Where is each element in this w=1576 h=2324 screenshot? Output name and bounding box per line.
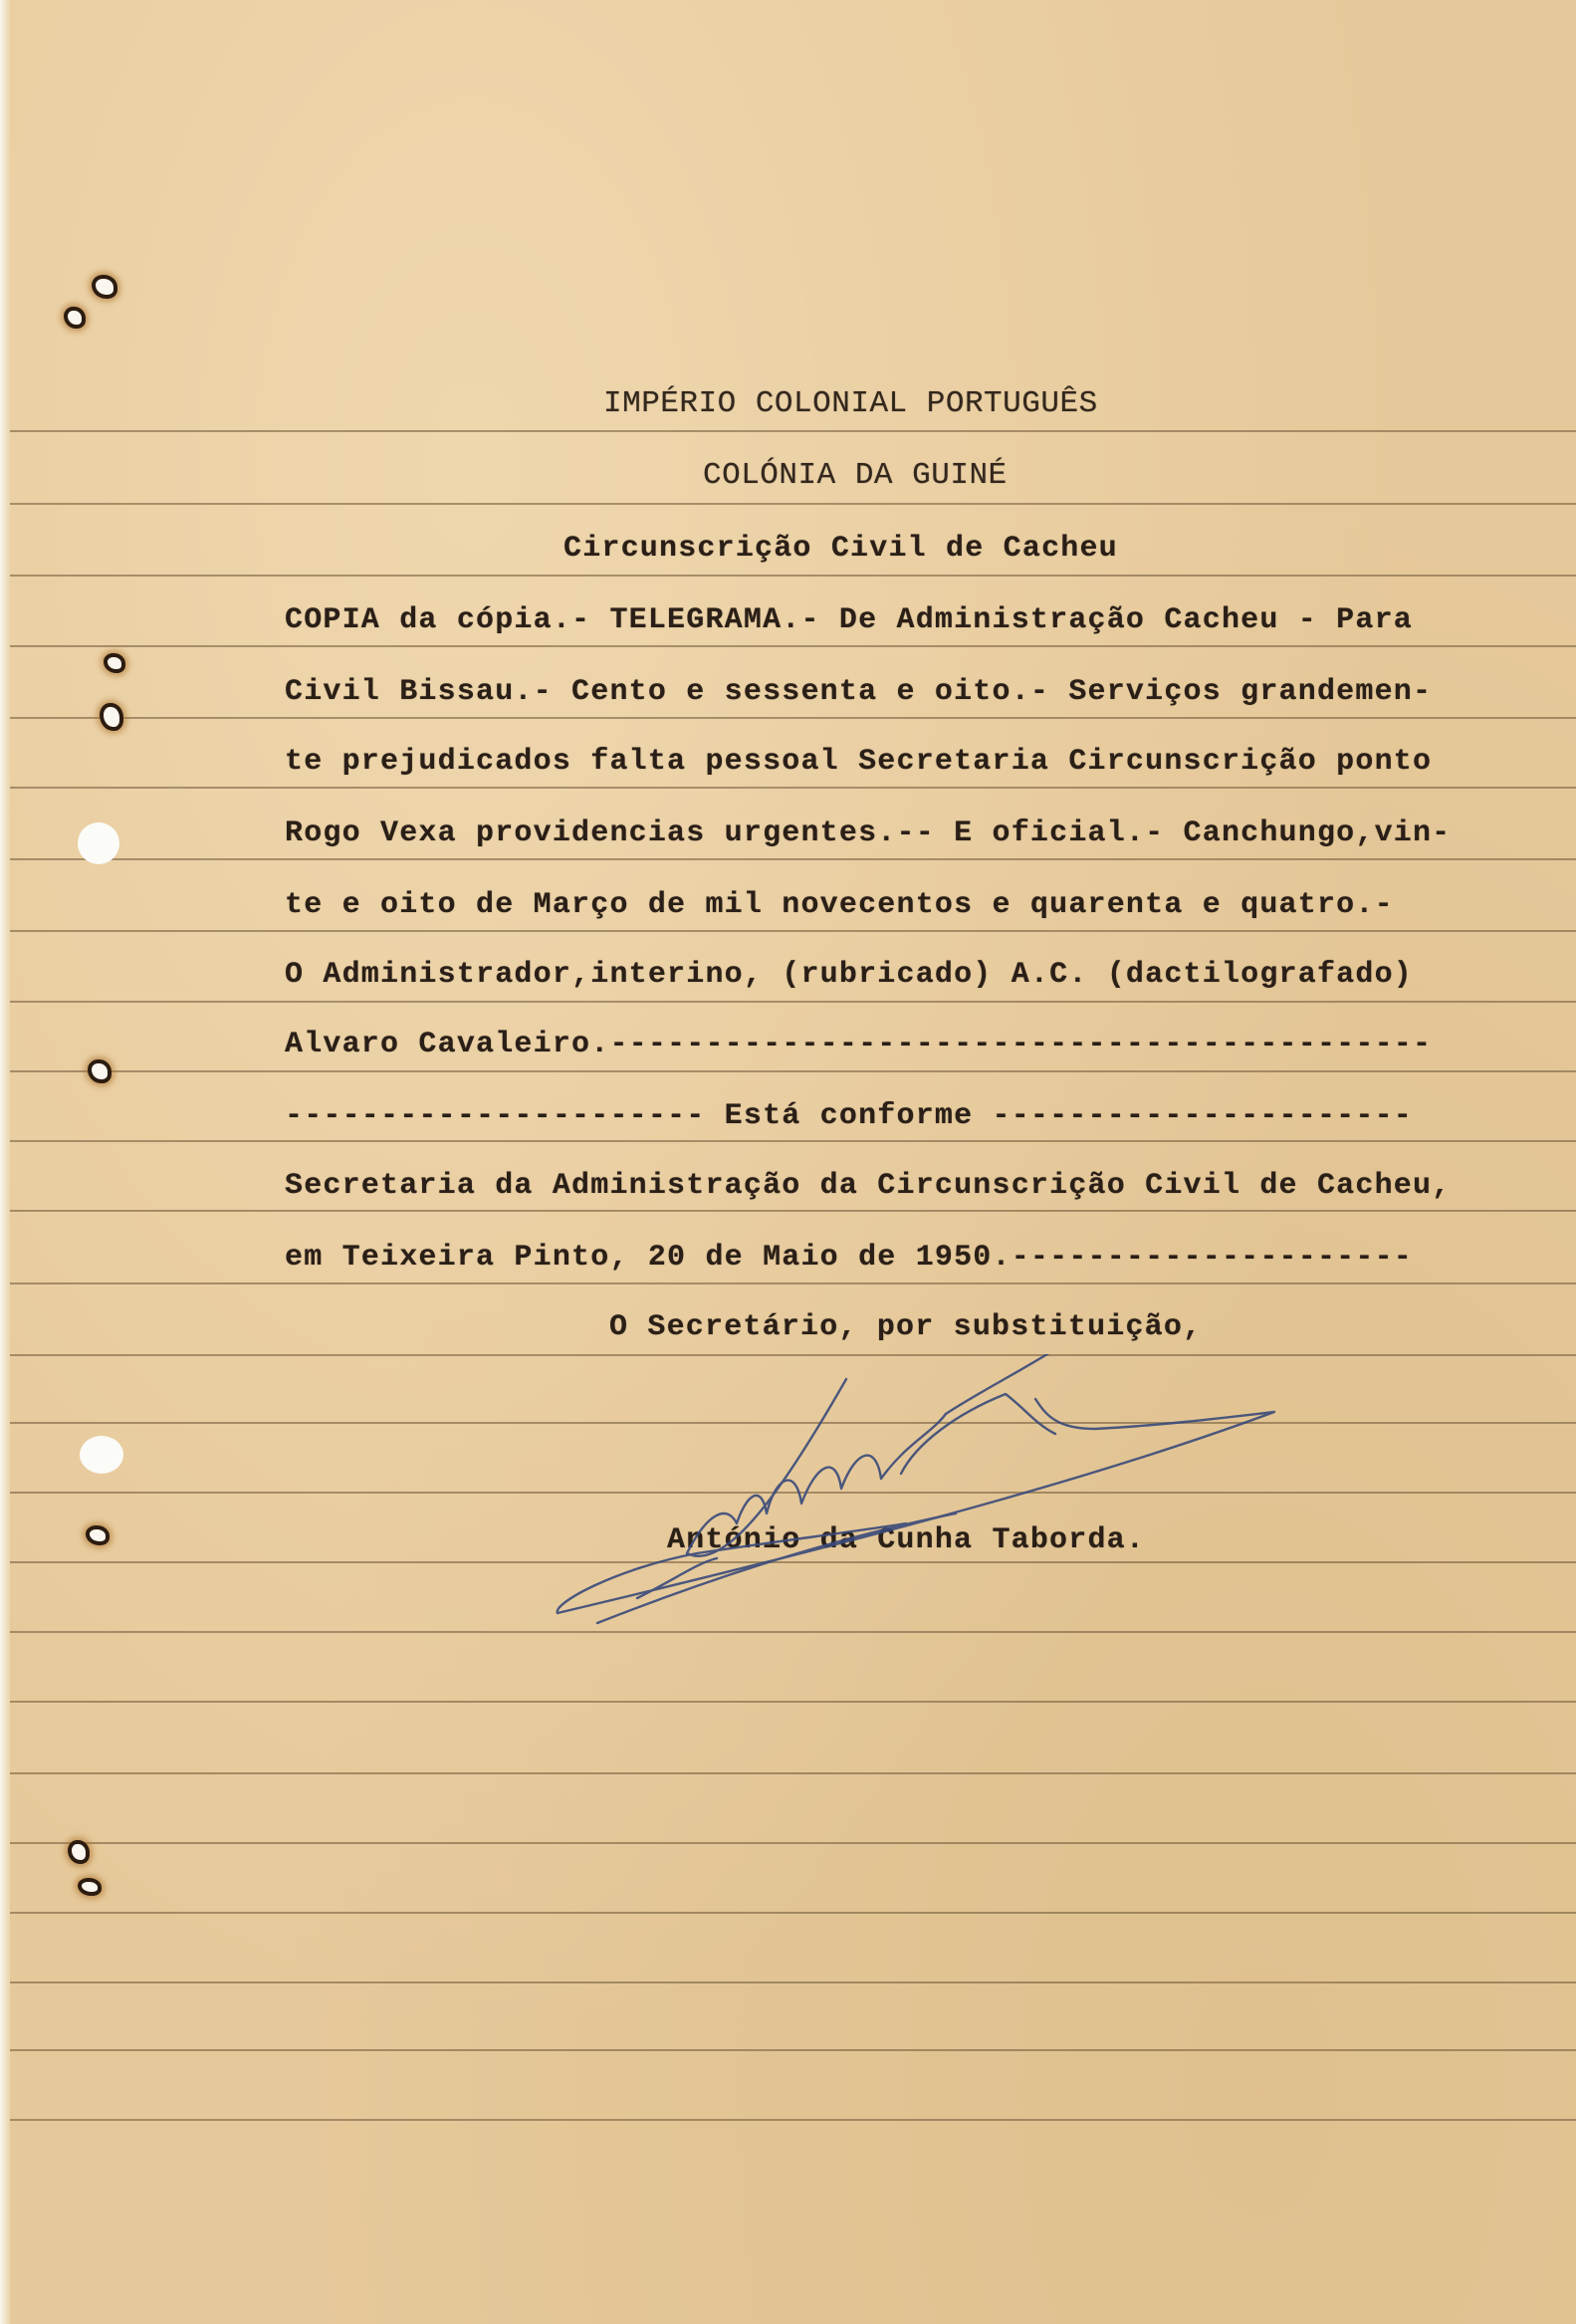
ruled-line [10, 1701, 1576, 1703]
burn-hole [92, 275, 117, 299]
ruled-line [10, 930, 1576, 932]
ruled-line [10, 787, 1576, 789]
body-line: Secretaria da Administração da Circunscr… [285, 1169, 1451, 1203]
ruled-line [10, 1001, 1576, 1003]
burn-hole [68, 1840, 90, 1864]
burn-hole [78, 1878, 102, 1896]
ruled-line [10, 1070, 1576, 1072]
paper-edge [0, 0, 10, 2324]
ruled-line [10, 1282, 1576, 1284]
document-page: IMPÉRIO COLONIAL PORTUGUÊS COLÓNIA DA GU… [0, 0, 1576, 2324]
ruled-line [10, 645, 1576, 647]
body-line: COPIA da cópia.- TELEGRAMA.- De Administ… [285, 603, 1413, 637]
ruled-line [10, 717, 1576, 719]
ruled-line [10, 1981, 1576, 1983]
closing-line: O Secretário, por substituição, [609, 1310, 1202, 1344]
burn-hole [104, 653, 125, 673]
ruled-line [10, 1140, 1576, 1142]
signature-icon [538, 1354, 1294, 1653]
header-colony: COLÓNIA DA GUINÉ [703, 458, 1008, 493]
body-line: Civil Bissau.- Cento e sessenta e oito.-… [285, 675, 1432, 709]
body-line: Rogo Vexa providencias urgentes.-- E ofi… [285, 816, 1451, 850]
ruled-line [10, 858, 1576, 860]
binder-hole [80, 1436, 123, 1474]
ruled-line [10, 430, 1576, 432]
body-line: te prejudicados falta pessoal Secretaria… [285, 745, 1432, 779]
burn-hole [100, 703, 123, 731]
burn-hole [88, 1059, 112, 1083]
ruled-line [10, 1210, 1576, 1212]
ruled-line [10, 1772, 1576, 1774]
burn-hole [86, 1525, 110, 1545]
header-empire: IMPÉRIO COLONIAL PORTUGUÊS [603, 386, 1098, 421]
body-line: te e oito de Março de mil novecentos e q… [285, 888, 1394, 922]
ruled-line [10, 1912, 1576, 1914]
ruled-line [10, 503, 1576, 505]
body-line: O Administrador,interino, (rubricado) A.… [285, 958, 1413, 992]
ruled-line [10, 1842, 1576, 1844]
ruled-line [10, 575, 1576, 577]
ruled-line [10, 2119, 1576, 2121]
body-line: Alvaro Cavaleiro.-----------------------… [285, 1028, 1432, 1061]
certification-line: ---------------------- Está conforme ---… [285, 1099, 1413, 1133]
burn-hole [64, 307, 86, 329]
header-district: Circunscrição Civil de Cacheu [563, 532, 1118, 566]
date-line: em Teixeira Pinto, 20 de Maio de 1950.--… [285, 1241, 1413, 1275]
binder-hole [78, 822, 119, 864]
ruled-line [10, 2049, 1576, 2051]
